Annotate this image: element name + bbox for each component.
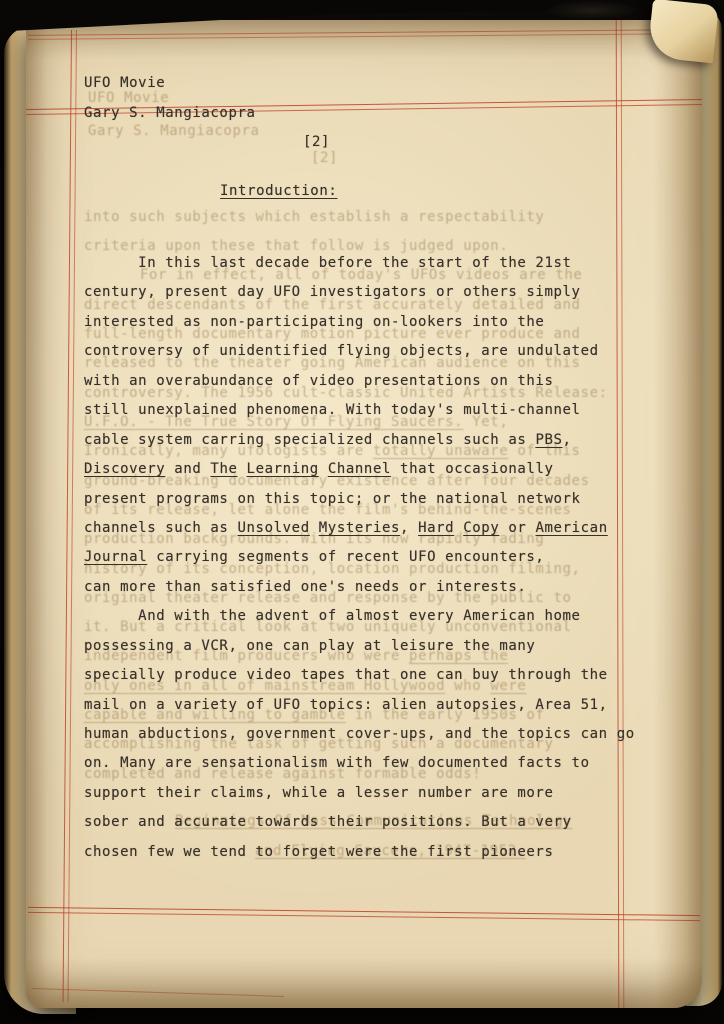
text-segment: support their claims, while a lesser num… [84, 785, 554, 801]
text-segment: that occasionally [391, 461, 554, 477]
underlined-text: Mysteries [319, 520, 400, 536]
text-segment [310, 520, 319, 536]
text-segment: interested as non-participating on-looke… [84, 314, 544, 330]
text-segment: present programs on this topic; or the n… [84, 491, 581, 507]
text-segment: can more than satisfied one's needs or i… [84, 579, 526, 595]
document-page: UFO Movie Gary S. Mangiacopra [2] into s… [26, 20, 702, 1008]
text-segment: century, present day UFO investigators o… [84, 284, 581, 300]
typed-line-6: still unexplained phenomena. With today'… [84, 396, 635, 425]
document-title: UFO Movie [84, 75, 165, 91]
red-rule-vertical-left [63, 30, 77, 1002]
underlined-text: Journal [84, 549, 147, 565]
typed-line-9: present programs on this topic; or the n… [84, 485, 635, 514]
underlined-text: The [210, 461, 237, 477]
typed-line-20: sober and accurate towards their positio… [84, 808, 635, 837]
typed-line-12: can more than satisfied one's needs or i… [84, 573, 635, 602]
text-segment: mail on a variety of UFO topics: alien a… [84, 697, 608, 713]
typed-line-11: Journal carrying segments of recent UFO … [84, 543, 635, 572]
text-segment: cable system carring specialized channel… [84, 432, 535, 448]
underlined-text: Copy [463, 520, 499, 536]
document-author: Gary S. Mangiacopra [84, 105, 256, 121]
text-segment [319, 461, 328, 477]
typed-line-4: controversy of unidentified flying objec… [84, 337, 635, 366]
text-segment: channels such as [84, 520, 238, 536]
body-text: In this last decade before the start of … [84, 249, 635, 867]
typed-line-17: human abductions, government cover-ups, … [84, 720, 635, 749]
typed-line-18: on. Many are sensationalism with few doc… [84, 749, 635, 778]
text-segment: human abductions, government cover-ups, … [84, 726, 635, 742]
text-segment [454, 520, 463, 536]
typed-line-2: century, present day UFO investigators o… [84, 278, 635, 307]
typed-line-3: interested as non-participating on-looke… [84, 308, 635, 337]
text-segment [238, 461, 247, 477]
typed-line-19: support their claims, while a lesser num… [84, 779, 635, 808]
ghost-page-number: [2] [311, 150, 338, 166]
text-segment: , [400, 520, 418, 536]
typed-line-1: In this last decade before the start of … [84, 249, 635, 278]
red-rule-next-sheet [32, 988, 284, 997]
typed-line-16: mail on a variety of UFO topics: alien a… [84, 691, 635, 720]
underlined-text: Discovery [84, 461, 165, 477]
ghost-author: Gary S. Mangiacopra [88, 123, 260, 139]
text-segment: And with the advent of almost every Amer… [84, 608, 581, 624]
underlined-text: Channel [328, 461, 391, 477]
text-segment: or [499, 520, 535, 536]
photo-scene: UFO Movie Gary S. Mangiacopra [2] into s… [0, 0, 724, 1024]
text-segment: chosen few we tend to forget were the fi… [84, 844, 554, 860]
text-segment: , [563, 432, 572, 448]
typed-line-13: And with the advent of almost every Amer… [84, 602, 635, 631]
text-segment: possessing a VCR, one can play at leisur… [84, 638, 535, 654]
text-segment: on. Many are sensationalism with few doc… [84, 755, 590, 771]
text-segment: specially produce video tapes that one c… [84, 667, 608, 683]
typed-line-21: chosen few we tend to forget were the fi… [84, 838, 635, 867]
underlined-text: PBS [535, 432, 562, 448]
text-segment: In this last decade before the start of … [84, 255, 572, 271]
typed-line-15: specially produce video tapes that one c… [84, 661, 635, 690]
text-segment: controversy of unidentified flying objec… [84, 343, 599, 359]
typed-line-5: with an overabundance of video presentat… [84, 367, 635, 396]
text-segment: still unexplained phenomena. With today'… [84, 402, 581, 418]
ghost-line-1: into such subjects which establish a res… [84, 209, 544, 225]
text-segment: and [165, 461, 210, 477]
text-segment: carrying segments of recent UFO encounte… [147, 549, 544, 565]
text-segment: into such subjects which establish a res… [84, 209, 544, 225]
red-rule-horizontal-top [28, 29, 698, 40]
background-smudge [544, 0, 640, 20]
page-number: [2] [303, 134, 330, 150]
text-segment: with an overabundance of video presentat… [84, 373, 554, 389]
section-heading: Introduction: [220, 183, 337, 199]
underlined-text: Unsolved [238, 520, 310, 536]
red-rule-horizontal-bottom [28, 907, 700, 921]
ghost-title: UFO Movie [88, 90, 169, 106]
underlined-text: Learning [247, 461, 319, 477]
underlined-text: Hard [418, 520, 454, 536]
typed-line-8: Discovery and The Learning Channel that … [84, 455, 635, 484]
text-segment: sober and accurate towards their positio… [84, 814, 572, 830]
typed-line-10: channels such as Unsolved Mysteries, Har… [84, 514, 635, 543]
underlined-text: American [536, 520, 608, 536]
typed-line-14: possessing a VCR, one can play at leisur… [84, 632, 635, 661]
typed-line-7: cable system carring specialized channel… [84, 426, 635, 455]
